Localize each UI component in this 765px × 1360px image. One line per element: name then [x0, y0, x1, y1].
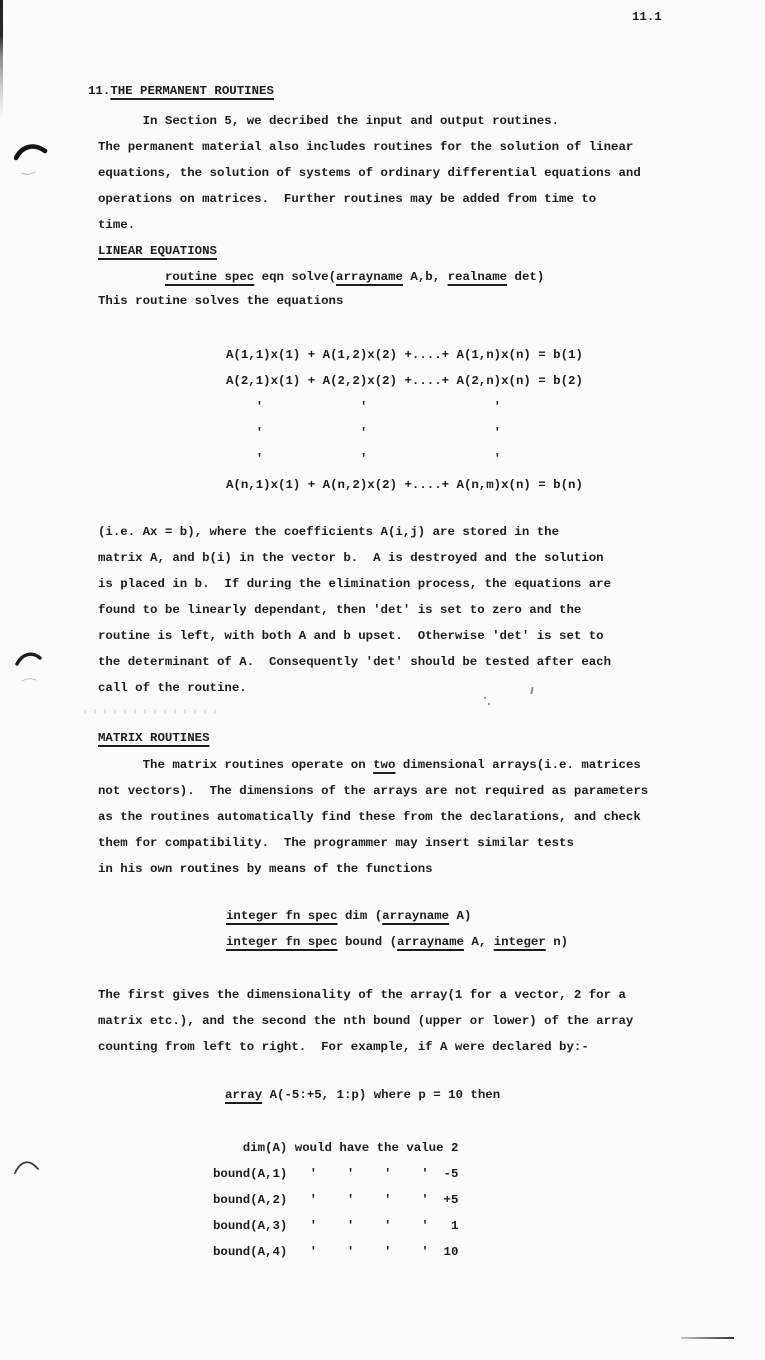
line-solves-equations: This routine solves the equations	[98, 288, 343, 314]
pen-mark-icon	[13, 1156, 41, 1176]
page-number: 11.1	[632, 4, 662, 30]
paragraph-dimensionality: The first gives the dimensionality of th…	[98, 982, 633, 1060]
heading-linear-equations: LINEAR EQUATIONS	[98, 238, 217, 264]
pen-mark-icon	[15, 650, 43, 668]
pen-mark-icon	[14, 141, 48, 163]
paragraph-matrix-intro: The matrix routines operate on two dimen…	[98, 752, 648, 882]
pen-smudge-icon	[20, 675, 38, 685]
paragraph-intro: In Section 5, we decribed the input and …	[98, 108, 641, 238]
scan-smudge	[84, 709, 216, 714]
fn-spec-block: integer fn spec dim (arrayname A)integer…	[226, 903, 568, 955]
heading-matrix-routines: MATRIX ROUTINES	[98, 725, 210, 751]
bounds-value-block: dim(A) would have the value 2bound(A,1) …	[213, 1135, 458, 1265]
equation-block: A(1,1)x(1) + A(1,2)x(2) +....+ A(1,n)x(n…	[226, 342, 583, 498]
routine-spec-line: routine spec eqn solve(arrayname A,b, re…	[165, 264, 544, 290]
array-declaration-line: array A(-5:+5, 1:p) where p = 10 then	[225, 1082, 500, 1108]
paragraph-linear-description: (i.e. Ax = b), where the coefficients A(…	[98, 519, 611, 701]
footer-scan-line	[681, 1337, 734, 1339]
ink-speck	[488, 703, 490, 705]
pen-smudge-icon	[20, 168, 38, 178]
scan-edge-artifact	[0, 0, 3, 118]
section-heading-permanent-routines: 11.THE PERMANENT ROUTINES	[88, 78, 274, 104]
